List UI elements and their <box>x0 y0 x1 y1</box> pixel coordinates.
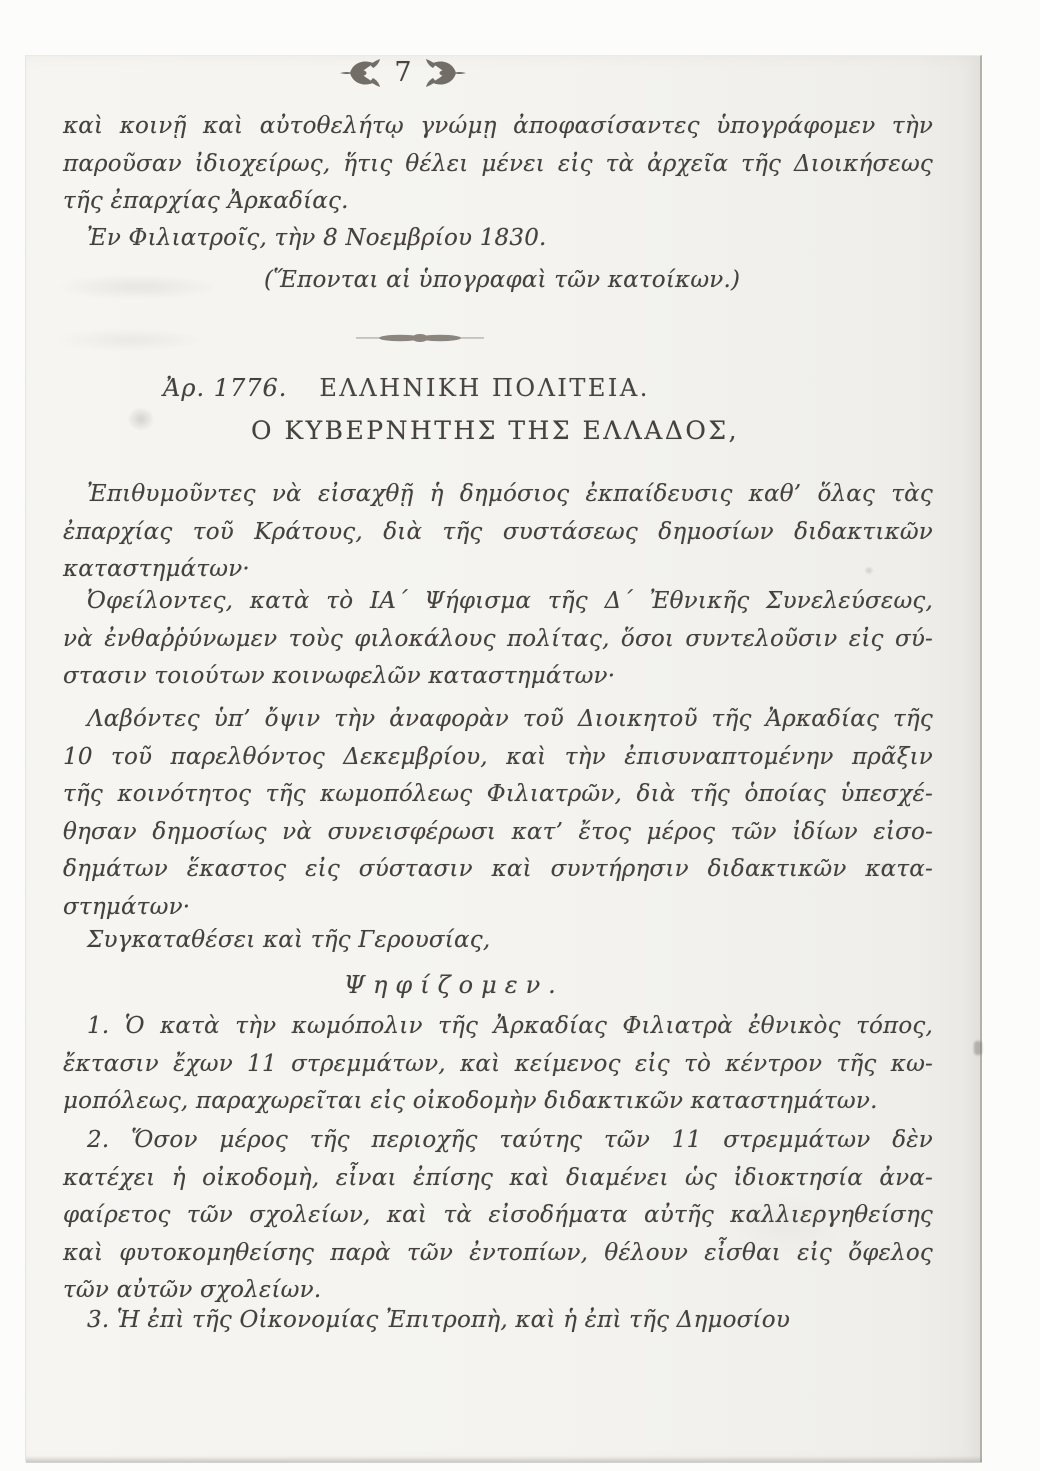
decree-number: Ἀρ. 1776. <box>163 374 287 402</box>
dateline: Ἐν Φιλιατροῖς, τὴν 8 Νοεμβρίου 1830. <box>63 220 933 258</box>
text-line: μοπόλεως, παραχωρεῖται εἰς οἰκοδομὴν διδ… <box>63 1083 933 1121</box>
signature-note: (Ἕπονται αἱ ὑπογραφαὶ τῶν κατοίκων.) <box>63 262 933 300</box>
section-divider <box>356 330 484 344</box>
text-line: κατέχει ἡ οἰκοδομὴ, εἶναι ἐπίσης καὶ δια… <box>63 1160 933 1198</box>
text-line: 1. Ὁ κατὰ τὴν κωμόπολιν τῆς Ἀρκαδίας Φιλ… <box>63 1008 933 1046</box>
edge-mark <box>974 1041 982 1055</box>
text-line: νὰ ἐνθαῤῥύνωμεν τοὺς φιλοκάλους πολίτας,… <box>63 621 933 659</box>
fleuron-right-icon <box>425 58 467 88</box>
swelled-rule-icon <box>356 331 484 345</box>
text-line: Ὀφείλοντες, κατὰ τὸ ΙΑ΄ Ψήφισμα τῆς Δ΄ Ἐ… <box>63 583 933 621</box>
enacting-word-text: Ψηφίζομεν. <box>344 967 933 1005</box>
page-header: 7 <box>0 58 880 88</box>
decree-heading: Ἀρ. 1776. ΕΛΛΗΝΙΚΗ ΠΟΛΙΤΕΙΑ. <box>163 374 933 402</box>
preamble-paragraph-2: Ὀφείλοντες, κατὰ τὸ ΙΑ΄ Ψήφισμα τῆς Δ΄ Ἐ… <box>63 583 933 696</box>
scanned-page: 7 καὶ κοινῇ καὶ αὐτοθελήτῳ γνώμῃ ἀποφασί… <box>25 55 982 1462</box>
preamble-paragraph-1: Ἐπιθυμοῦντες νὰ εἰσαχθῇ ἡ δημόσιος ἐκπαί… <box>63 476 933 589</box>
text-line: ἐπαρχίας τοῦ Κράτους, διὰ τῆς συστάσεως … <box>63 514 933 552</box>
preamble-paragraph-3: Λαβόντες ὑπ’ ὄψιν τὴν ἀναφορὰν τοῦ Διοικ… <box>63 701 933 926</box>
article-2: 2. Ὅσον μέρος τῆς περιοχῆς ταύτης τῶν 11… <box>63 1122 933 1310</box>
article-3: 3. Ἡ ἐπὶ τῆς Οἰκονομίας Ἐπιτροπὴ, καὶ ἡ … <box>63 1302 933 1340</box>
page-number: 7 <box>394 58 411 88</box>
text-line: θησαν δημοσίως νὰ συνεισφέρωσι κατ’ ἔτος… <box>63 814 933 852</box>
text-line: καὶ κοινῇ καὶ αὐτοθελήτῳ γνώμῃ ἀποφασίσα… <box>63 108 933 146</box>
senate-consent-line: Συγκαταθέσει καὶ τῆς Γερουσίας, <box>63 922 933 960</box>
text-line: στημάτων· <box>63 889 933 927</box>
issuer-title: Ο ΚΥΒΕΡΝΗΤΗΣ ΤΗΣ ΕΛΛΑΔΟΣ, <box>251 416 933 445</box>
scanned-document: { "colors": { "paper": "#f4f3ef", "ink":… <box>0 0 1040 1471</box>
text-line: 2. Ὅσον μέρος τῆς περιοχῆς ταύτης τῶν 11… <box>63 1122 933 1160</box>
text-line: 3. Ἡ ἐπὶ τῆς Οἰκονομίας Ἐπιτροπὴ, καὶ ἡ … <box>63 1302 933 1340</box>
text-line: τῆς ἐπαρχίας Ἀρκαδίας. <box>63 183 933 221</box>
text-line: φαίρετος τῶν σχολείων, καὶ τὰ εἰσοδήματα… <box>63 1197 933 1235</box>
dateline-text: Ἐν Φιλιατροῖς, τὴν 8 Νοεμβρίου 1830. <box>63 220 933 258</box>
bleedthrough-stain <box>56 328 206 352</box>
paragraph-continued: καὶ κοινῇ καὶ αὐτοθελήτῳ γνώμῃ ἀποφασίσα… <box>63 108 933 221</box>
text-line: Ἐπιθυμοῦντες νὰ εἰσαχθῇ ἡ δημόσιος ἐκπαί… <box>63 476 933 514</box>
ink-blot-stain <box>126 406 156 432</box>
article-1: 1. Ὁ κατὰ τὴν κωμόπολιν τῆς Ἀρκαδίας Φιλ… <box>63 1008 933 1121</box>
text-line: καὶ φυτοκομηθείσης παρὰ τῶν ἐντοπίων, θέ… <box>63 1235 933 1273</box>
state-title: ΕΛΛΗΝΙΚΗ ΠΟΛΙΤΕΙΑ. <box>319 374 649 402</box>
text-line: ἔκτασιν ἔχων 11 στρεμμάτων, καὶ κείμενος… <box>63 1046 933 1084</box>
signature-note-text: (Ἕπονται αἱ ὑπογραφαὶ τῶν κατοίκων.) <box>264 262 933 300</box>
enacting-word: Ψηφίζομεν. <box>344 967 933 1005</box>
text-line: δημάτων ἕκαστος εἰς σύστασιν καὶ συντήρη… <box>63 851 933 889</box>
text-line: Λαβόντες ὑπ’ ὄψιν τὴν ἀναφορὰν τοῦ Διοικ… <box>63 701 933 739</box>
text-line: 10 τοῦ παρελθόντος Δεκεμβρίου, καὶ τὴν ἐ… <box>63 739 933 777</box>
text-line: παροῦσαν ἰδιοχείρως, ἥτις θέλει μένει εἰ… <box>63 146 933 184</box>
text-line: τῆς κοινότητος τῆς κωμοπόλεως Φιλιατρῶν,… <box>63 776 933 814</box>
text-line: στασιν τοιούτων κοινωφελῶν καταστημάτων· <box>63 658 933 696</box>
fleuron-left-icon <box>339 58 381 88</box>
senate-consent-text: Συγκαταθέσει καὶ τῆς Γερουσίας, <box>63 922 933 960</box>
